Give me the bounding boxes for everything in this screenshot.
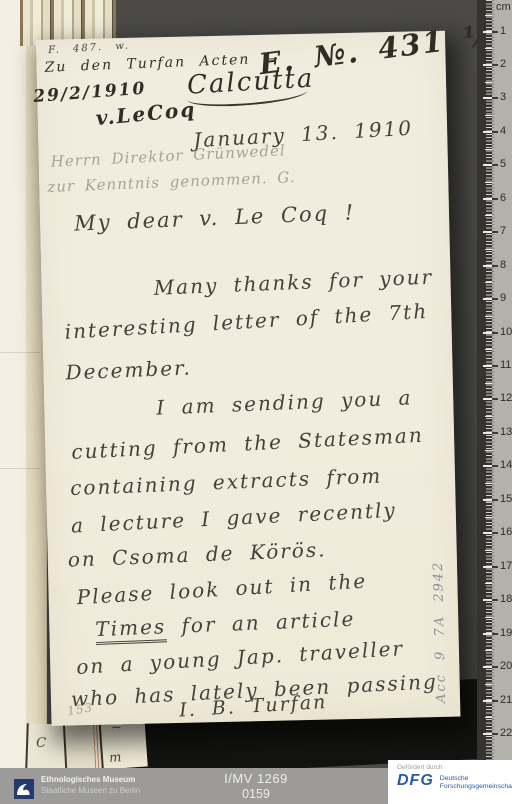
- body-line: interesting letter of the 7th: [64, 301, 428, 342]
- ruler-cm-tick: [483, 298, 492, 300]
- ruler-cm-tick-dash: [492, 332, 498, 334]
- ruler-cm-tick-dash: [492, 231, 498, 233]
- ruler-half-cm-tick: [485, 149, 492, 150]
- body-line: on Csoma de Körös.: [67, 539, 326, 569]
- ruler-cm-tick-dash: [492, 298, 498, 300]
- ruler-half-cm-tick: [485, 15, 492, 16]
- ruler-half-cm-tick: [485, 48, 492, 49]
- ruler-cm-tick-dash: [492, 633, 498, 635]
- page-number-pencil: 153: [66, 701, 94, 717]
- ruler-cm-tick: [483, 265, 492, 267]
- ruler-cm-tick: [483, 599, 492, 601]
- underlined-word: Times: [95, 614, 167, 645]
- ruler-scale: cm: [492, 0, 512, 762]
- body-line: I am sending you a: [156, 387, 413, 417]
- ruler-half-cm-tick: [485, 82, 492, 83]
- footer-bar: Ethnologisches Museum Staatliche Museen …: [0, 768, 512, 804]
- ruler-cm-number: 8: [500, 259, 512, 271]
- ruler-cm-tick-dash: [492, 398, 498, 400]
- received-initials: v.LeCoq: [95, 99, 197, 128]
- pen-mark: C: [36, 736, 46, 751]
- paper-crease: [0, 468, 40, 469]
- ruler-half-cm-tick: [485, 717, 492, 718]
- ruler-cm-tick-dash: [492, 666, 498, 668]
- ruler-cm-number: 14: [500, 459, 512, 471]
- ruler-cm-tick: [483, 666, 492, 668]
- body-line: a lecture I gave recently: [71, 500, 398, 536]
- ruler-cm-tick: [483, 64, 492, 66]
- dfg-name-line2: Forschungsgemeinschaft: [440, 783, 512, 790]
- ruler-cm-number: 3: [500, 91, 512, 103]
- ruler-cm-number: 19: [500, 627, 512, 639]
- funding-label: Gefördert durch: [397, 764, 443, 771]
- ruler-half-cm-tick: [485, 383, 492, 384]
- ruler-cm-tick: [483, 131, 492, 133]
- ruler-cm-number: 6: [500, 192, 512, 204]
- ruler-cm-tick-dash: [492, 499, 498, 501]
- ruler-cm-tick: [483, 332, 492, 334]
- ruler-half-cm-tick: [485, 249, 492, 250]
- pencil-annotation-1: Herrn Direktor Grünwedel: [50, 143, 286, 169]
- ruler-half-cm-tick: [485, 617, 492, 618]
- ruler-cm-tick-dash: [492, 599, 498, 601]
- ruler-cm-number: 16: [500, 526, 512, 538]
- ruler-cm-tick-dash: [492, 365, 498, 367]
- ruler-cm-number: 12: [500, 392, 512, 404]
- ruler-cm-tick: [483, 465, 492, 467]
- ruler-unit-label: cm: [496, 1, 511, 13]
- ruler-half-cm-tick: [485, 349, 492, 350]
- ruler-cm-number: 7: [500, 225, 512, 237]
- ruler-cm-tick: [483, 198, 492, 200]
- ruler-cm-number: 2: [500, 58, 512, 70]
- body-line: December.: [65, 357, 192, 382]
- ruler-cm-tick: [483, 566, 492, 568]
- ruler-cm-number: 11: [500, 359, 512, 371]
- ruler-cm-number: 20: [500, 660, 512, 672]
- body-line: on a young Jap. traveller: [76, 638, 405, 677]
- ruler-half-cm-tick: [485, 583, 492, 584]
- ruler-half-cm-tick: [485, 517, 492, 518]
- ruler-half-cm-tick: [485, 550, 492, 551]
- body-line: Times for an article: [95, 609, 356, 639]
- ruler-cm-tick-dash: [492, 733, 498, 735]
- ruler-cm-tick: [483, 733, 492, 735]
- ruler-half-cm-tick: [485, 450, 492, 451]
- ruler-half-cm-tick: [485, 416, 492, 417]
- ruler-half-cm-tick: [485, 650, 492, 651]
- body-line: Many thanks for your: [153, 267, 433, 298]
- ruler-half-cm-tick: [485, 215, 492, 216]
- ruler-cm-number: 15: [500, 493, 512, 505]
- ruler-cm-number: 21: [500, 694, 512, 706]
- ruler-cm-number: 4: [500, 125, 512, 137]
- ruler-cm-number: 18: [500, 593, 512, 605]
- ruler-cm-number: 10: [500, 326, 512, 338]
- body-line: containing extracts from: [70, 466, 383, 499]
- ruler-cm-tick: [483, 365, 492, 367]
- paper-crease: [0, 352, 40, 353]
- dfg-name-line1: Deutsche: [440, 775, 469, 782]
- ruler-cm-tick: [483, 700, 492, 702]
- ruler-cm-tick-dash: [492, 700, 498, 702]
- ruler-half-cm-tick: [485, 282, 492, 283]
- ruler-cm-tick: [483, 97, 492, 99]
- ruler-cm-number: 13: [500, 426, 512, 438]
- ruler-half-cm-tick: [485, 684, 492, 685]
- pencil-annotation-2: zur Kenntnis genommen. G.: [47, 170, 296, 195]
- body-line: cutting from the Statesman: [71, 425, 424, 462]
- ruler-half-cm-tick: [485, 182, 492, 183]
- ruler-cm-number: 1: [500, 25, 512, 37]
- ruler-cm-tick-dash: [492, 532, 498, 534]
- body-line: Please look out in the: [76, 571, 367, 608]
- ruler-half-cm-tick: [485, 115, 492, 116]
- side-accession-number: Acc 9 7A 2942: [430, 493, 448, 703]
- ruler-cm-tick-dash: [492, 97, 498, 99]
- dfg-funding-box: Gefördert durch DFG Deutsche Forschungsg…: [388, 760, 512, 804]
- ruler-cm-tick-dash: [492, 465, 498, 467]
- ruler-cm-tick-dash: [492, 198, 498, 200]
- letter-page: F. 487. w. Zu den Turfan Acten — 29/2/19…: [36, 31, 460, 726]
- file-note-small: F. 487. w.: [48, 41, 130, 56]
- ruler-mm-ticks-light: [492, 0, 494, 762]
- ruler-cm-tick: [483, 398, 492, 400]
- salutation: My dear v. Le Coq !: [74, 202, 356, 234]
- ruler-cm-tick-dash: [492, 566, 498, 568]
- ruler-cm-tick: [483, 499, 492, 501]
- pen-mark: m: [109, 750, 122, 766]
- ruler-cm-tick: [483, 231, 492, 233]
- ruler-cm-number: 9: [500, 292, 512, 304]
- ruler-cm-tick-dash: [492, 164, 498, 166]
- scanned-letter-viewer: C ~ m F. 487. w. Zu den Turfan Acten — 2…: [0, 0, 512, 804]
- letter-ref-no: E. №. 431 ¹⁄₁₀: [257, 18, 512, 79]
- ruler-cm-tick: [483, 532, 492, 534]
- ruler-cm-number: 17: [500, 560, 512, 572]
- ruler-cm-tick-dash: [492, 64, 498, 66]
- dfg-full-name: Deutsche Forschungsgemeinschaft: [440, 775, 512, 792]
- ruler-cm-tick-dash: [492, 31, 498, 33]
- ruler-cm-tick-dash: [492, 432, 498, 434]
- ruler-cm-tick: [483, 633, 492, 635]
- ruler-cm-number: 5: [500, 158, 512, 170]
- ruler-half-cm-tick: [485, 483, 492, 484]
- ruler-cm-number: 22: [500, 727, 512, 739]
- ruler-half-cm-tick: [485, 316, 492, 317]
- ruler-cm-tick: [483, 31, 492, 33]
- ruler-cm-tick: [483, 164, 492, 166]
- ruler-cm-tick-dash: [492, 265, 498, 267]
- ruler-cm-tick-dash: [492, 131, 498, 133]
- dfg-logo-text: DFG: [397, 773, 434, 789]
- ruler-cm-tick: [483, 432, 492, 434]
